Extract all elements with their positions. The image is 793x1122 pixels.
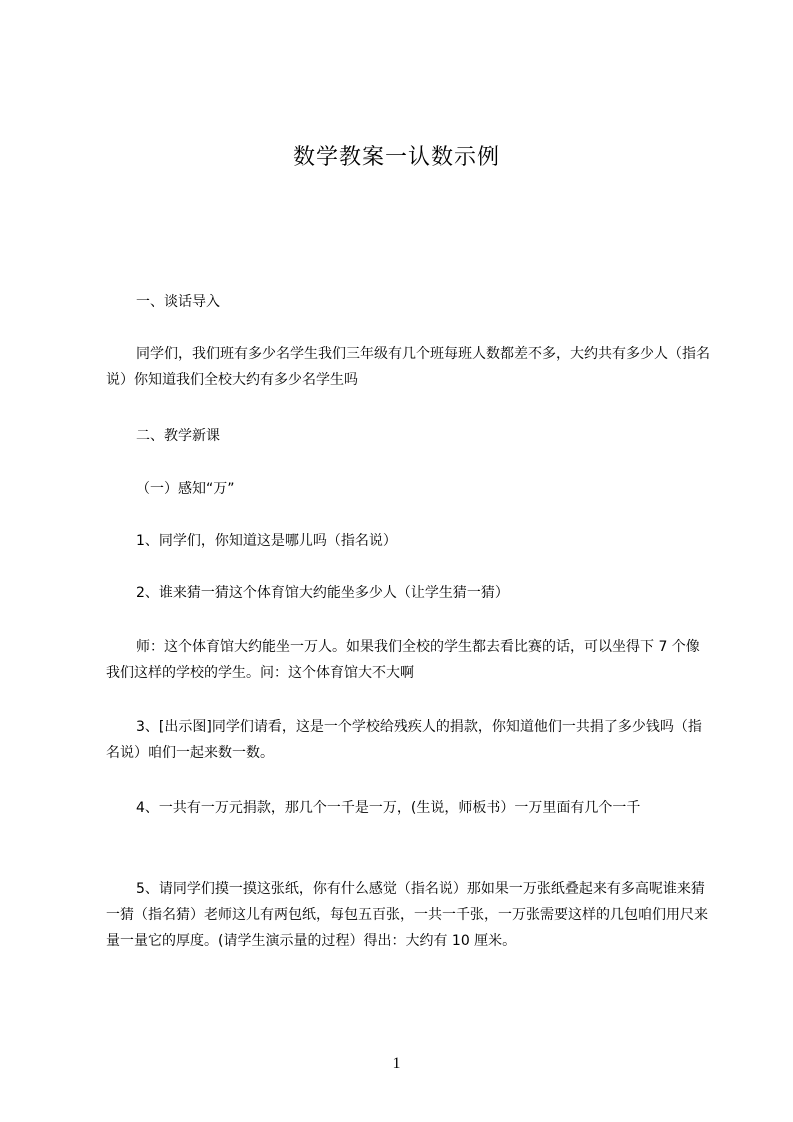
paragraph-item-2: 2、谁来猜一猜这个体育馆大约能坐多少人（让学生猜一猜） xyxy=(106,580,711,606)
section-heading-intro: 一、谈话导入 xyxy=(106,289,711,315)
paragraph-item-4: 4、一共有一万元捐款，那几个一千是一万，(生说，师板书）一万里面有几个一千 xyxy=(106,795,711,821)
paragraph-item-1: 1、同学们，你知道这是哪儿吗（指名说） xyxy=(106,528,711,554)
subsection-heading-wan: （一）感知“万” xyxy=(106,476,711,502)
paragraph-teacher: 师：这个体育馆大约能坐一万人。如果我们全校的学生都去看比赛的话，可以坐得下 7 … xyxy=(106,634,711,686)
document-title: 数学教案一认数示例 xyxy=(0,140,793,171)
section-heading-new-lesson: 二、教学新课 xyxy=(106,423,711,449)
paragraph-item-5: 5、请同学们摸一摸这张纸，你有什么感觉（指名说）那如果一万张纸叠起来有多高呢谁来… xyxy=(106,876,711,954)
paragraph-intro: 同学们，我们班有多少名学生我们三年级有几个班每班人数都差不多，大约共有多少人（指… xyxy=(106,341,711,393)
paragraph-item-3: 3、[出示图]同学们请看，这是一个学校给残疾人的捐款，你知道他们一共捐了多少钱吗… xyxy=(106,714,711,766)
page-number: 1 xyxy=(0,1055,793,1073)
